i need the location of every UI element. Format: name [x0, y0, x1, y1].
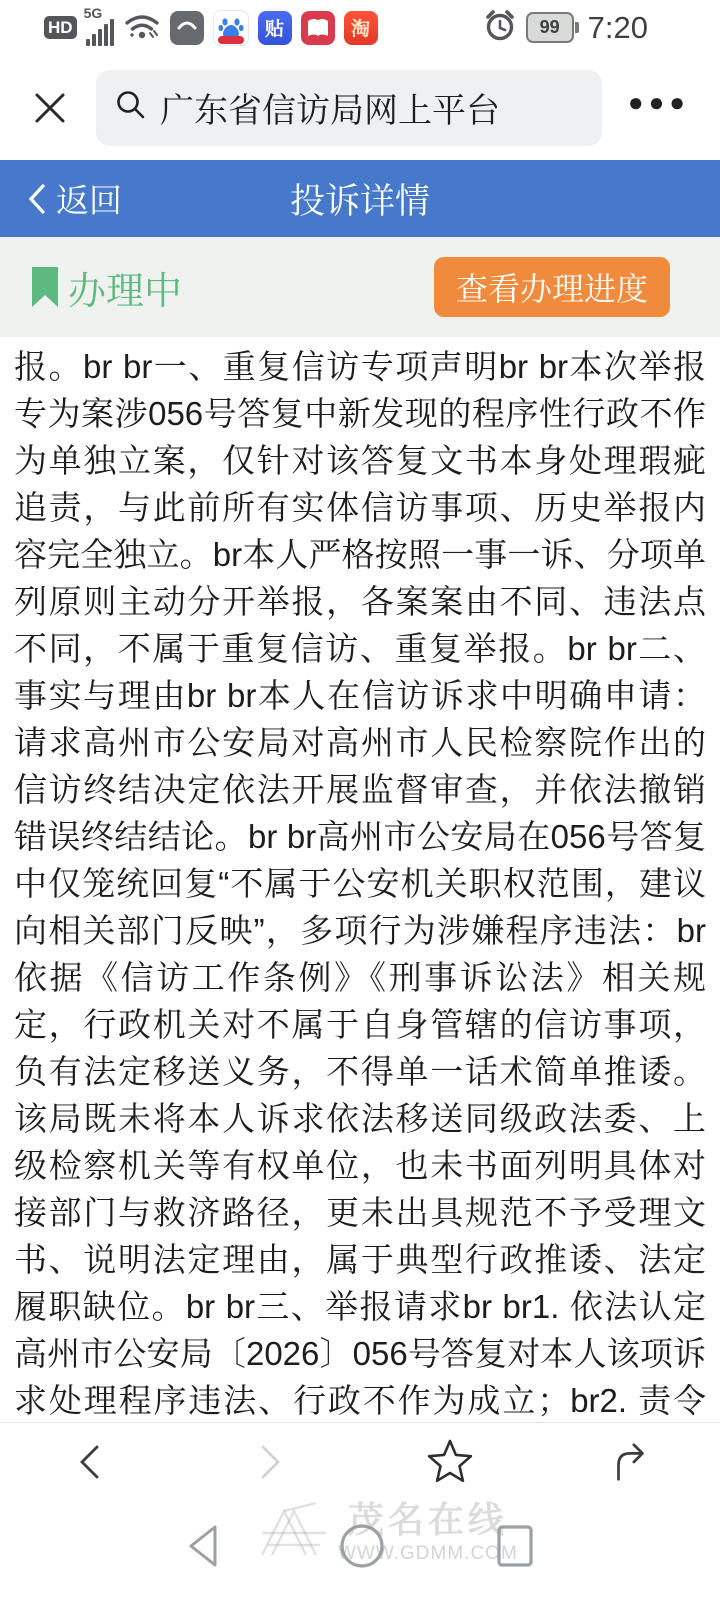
browser-header: 广东省信访局网上平台 ●●● — [0, 55, 720, 160]
bookmark-icon — [30, 267, 60, 307]
search-icon — [114, 88, 148, 127]
search-value: 广东省信访局网上平台 — [160, 83, 500, 132]
status-bar-right: 99 7:20 — [483, 8, 648, 47]
alarm-clock-icon — [483, 8, 517, 47]
status-label: 办理中 — [68, 260, 182, 315]
status-badge: 办理中 — [30, 260, 182, 315]
recents-square-icon — [493, 1522, 537, 1570]
complaint-body-text: 报。br br一、重复信访专项声明br br本次举报专为案涉056号答复中新发现… — [0, 337, 720, 1422]
android-nav-bar — [0, 1500, 720, 1600]
browser-toolbar — [0, 1422, 720, 1500]
home-circle-icon — [338, 1522, 386, 1570]
status-bar: HD 5G — [0, 0, 720, 55]
share-button[interactable] — [540, 1439, 720, 1485]
back-button[interactable]: 返回 — [26, 175, 122, 222]
browser-forward-button[interactable] — [180, 1440, 360, 1484]
wifi-icon — [123, 9, 161, 46]
android-recents-button[interactable] — [493, 1522, 537, 1575]
share-forward-icon — [607, 1439, 653, 1485]
back-label: 返回 — [56, 175, 122, 222]
phone-screen: HD 5G — [0, 0, 720, 1600]
back-chevron-icon — [70, 1440, 110, 1484]
bookmark-star-button[interactable] — [360, 1438, 540, 1486]
android-home-button[interactable] — [338, 1522, 386, 1575]
baidu-ribbon — [218, 36, 244, 44]
baidu-notification-icon — [213, 10, 249, 46]
chevron-left-icon — [26, 182, 48, 216]
browser-back-button[interactable] — [0, 1440, 180, 1484]
app-store-notification-icon — [170, 11, 204, 45]
android-back-button[interactable] — [183, 1522, 227, 1575]
battery-indicator: 99 — [526, 12, 579, 43]
taobao-glyph: 淘 — [351, 14, 370, 41]
status-bar-left: HD 5G — [44, 9, 378, 46]
clock-time: 7:20 — [588, 10, 648, 46]
tieba-glyph: 贴 — [265, 14, 284, 41]
app-navbar: 返回 投诉详情 — [0, 160, 720, 237]
tieba-notification-icon: 贴 — [258, 11, 292, 45]
more-menu-button[interactable]: ●●● — [628, 87, 690, 128]
reader-notification-icon — [301, 11, 335, 45]
hd-volte-icon: HD — [44, 16, 77, 39]
taobao-notification-icon: 淘 — [344, 11, 378, 45]
forward-chevron-icon — [250, 1440, 290, 1484]
status-section: 办理中 查看办理进度 — [0, 237, 720, 337]
battery-nub — [575, 22, 579, 33]
battery-percent: 99 — [526, 12, 574, 43]
signal-strength-icon: 5G — [86, 9, 114, 46]
view-progress-button[interactable]: 查看办理进度 — [434, 257, 670, 317]
back-triangle-icon — [183, 1522, 227, 1570]
star-icon — [425, 1438, 475, 1486]
network-type-label: 5G — [84, 5, 103, 21]
search-input[interactable]: 广东省信访局网上平台 — [96, 70, 602, 146]
close-button[interactable] — [30, 88, 70, 128]
